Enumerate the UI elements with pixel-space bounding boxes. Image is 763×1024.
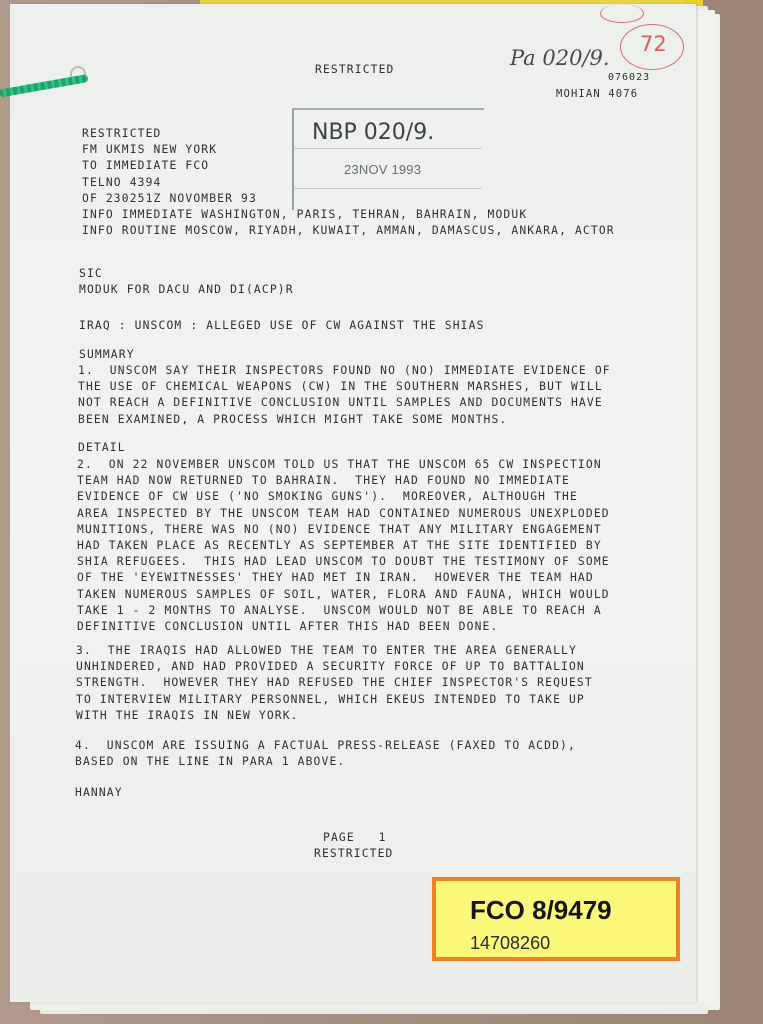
paragraph-3: 3. THE IRAQIS HAD ALLOWED THE TEAM TO EN… <box>76 643 593 724</box>
paragraph-line: MUNITIONS, THERE WAS NO (NO) EVIDENCE TH… <box>77 522 610 538</box>
sic-block: SICMODUK FOR DACU AND DI(ACP)R <box>79 266 294 298</box>
paragraph-line: THE USE OF CHEMICAL WEAPONS (CW) IN THE … <box>78 379 611 395</box>
archive-reference: FCO 8/9479 <box>470 895 612 926</box>
summary-heading: SUMMARY <box>79 347 135 363</box>
footer-classification: RESTRICTED <box>314 846 394 862</box>
page-number: PAGE 1 <box>323 830 387 846</box>
archive-reference-label: FCO 8/9479 14708260 <box>432 877 680 961</box>
paragraph-line: BEEN EXAMINED, A PROCESS WHICH MIGHT TAK… <box>78 412 611 428</box>
telegram-header: RESTRICTEDFM UKMIS NEW YORKTO IMMEDIATE … <box>82 126 615 239</box>
paragraph-line: HAD TAKEN PLACE AS RECENTLY AS SEPTEMBER… <box>77 538 610 554</box>
paragraph-2: 2. ON 22 NOVEMBER UNSCOM TOLD US THAT TH… <box>77 457 610 635</box>
paragraph-line: 1. UNSCOM SAY THEIR INSPECTORS FOUND NO … <box>78 363 611 379</box>
document-page: RESTRICTED Pa 020/9. 72 076023 MOHIAN 40… <box>10 4 696 1002</box>
paragraph-line: AREA INSPECTED BY THE UNSCOM TEAM HAD CO… <box>77 506 610 522</box>
subject-line: IRAQ : UNSCOM : ALLEGED USE OF CW AGAINS… <box>79 318 485 334</box>
telegram-header-line: INFO IMMEDIATE WASHINGTON, PARIS, TEHRAN… <box>82 207 615 223</box>
telegram-header-line: TO IMMEDIATE FCO <box>82 158 615 174</box>
telegram-header-line: TELNO 4394 <box>82 175 615 191</box>
red-mark <box>600 4 644 23</box>
paragraph-line: EVIDENCE OF CW USE ('NO SMOKING GUNS'). … <box>77 489 610 505</box>
paragraph-line: DEFINITIVE CONCLUSION UNTIL AFTER THIS H… <box>77 619 610 635</box>
serial-top: 076023 <box>608 70 650 86</box>
paragraph-line: TO INTERVIEW MILITARY PERSONNEL, WHICH E… <box>76 692 593 708</box>
archive-item-number: 14708260 <box>470 933 550 954</box>
paragraph-line: STRENGTH. HOWEVER THEY HAD REFUSED THE C… <box>76 675 593 691</box>
paragraph-line: OF THE 'EYEWITNESSES' THEY HAD MET IN IR… <box>77 570 610 586</box>
sic-line: MODUK FOR DACU AND DI(ACP)R <box>79 282 294 298</box>
treasury-tag-string <box>0 74 89 98</box>
paragraph-1: 1. UNSCOM SAY THEIR INSPECTORS FOUND NO … <box>78 363 611 428</box>
paragraph-line: SHIA REFUGEES. THIS HAD LEAD UNSCOM TO D… <box>77 554 610 570</box>
paragraph-line: 2. ON 22 NOVEMBER UNSCOM TOLD US THAT TH… <box>77 457 610 473</box>
signature: HANNAY <box>75 785 123 801</box>
paragraph-line: TAKEN NUMEROUS SAMPLES OF SOIL, WATER, F… <box>77 587 610 603</box>
detail-heading: DETAIL <box>78 440 126 456</box>
paragraph-line: UNHINDERED, AND HAD PROVIDED A SECURITY … <box>76 659 593 675</box>
sic-line: SIC <box>79 266 294 282</box>
telegram-header-line: RESTRICTED <box>82 126 615 142</box>
folio-number: 72 <box>640 32 667 56</box>
handwritten-reference: Pa 020/9. <box>510 46 610 70</box>
telegram-header-line: OF 230251Z NOVOMBER 93 <box>82 191 615 207</box>
serial-bottom: MOHIAN 4076 <box>556 86 638 102</box>
paragraph-line: TEAM HAD NOW RETURNED TO BAHRAIN. THEY H… <box>77 473 610 489</box>
header-classification: RESTRICTED <box>315 62 395 78</box>
telegram-header-line: FM UKMIS NEW YORK <box>82 142 615 158</box>
paragraph-line: NOT REACH A DEFINITIVE CONCLUSION UNTIL … <box>78 395 611 411</box>
paragraph-line: TAKE 1 - 2 MONTHS TO ANALYSE. UNSCOM WOU… <box>77 603 610 619</box>
paragraph-line: 4. UNSCOM ARE ISSUING A FACTUAL PRESS-RE… <box>75 738 576 754</box>
telegram-header-line: INFO ROUTINE MOSCOW, RIYADH, KUWAIT, AMM… <box>82 223 615 239</box>
paragraph-4: 4. UNSCOM ARE ISSUING A FACTUAL PRESS-RE… <box>75 738 576 770</box>
paragraph-line: WITH THE IRAQIS IN NEW YORK. <box>76 708 593 724</box>
paragraph-line: 3. THE IRAQIS HAD ALLOWED THE TEAM TO EN… <box>76 643 593 659</box>
paragraph-line: BASED ON THE LINE IN PARA 1 ABOVE. <box>75 754 576 770</box>
